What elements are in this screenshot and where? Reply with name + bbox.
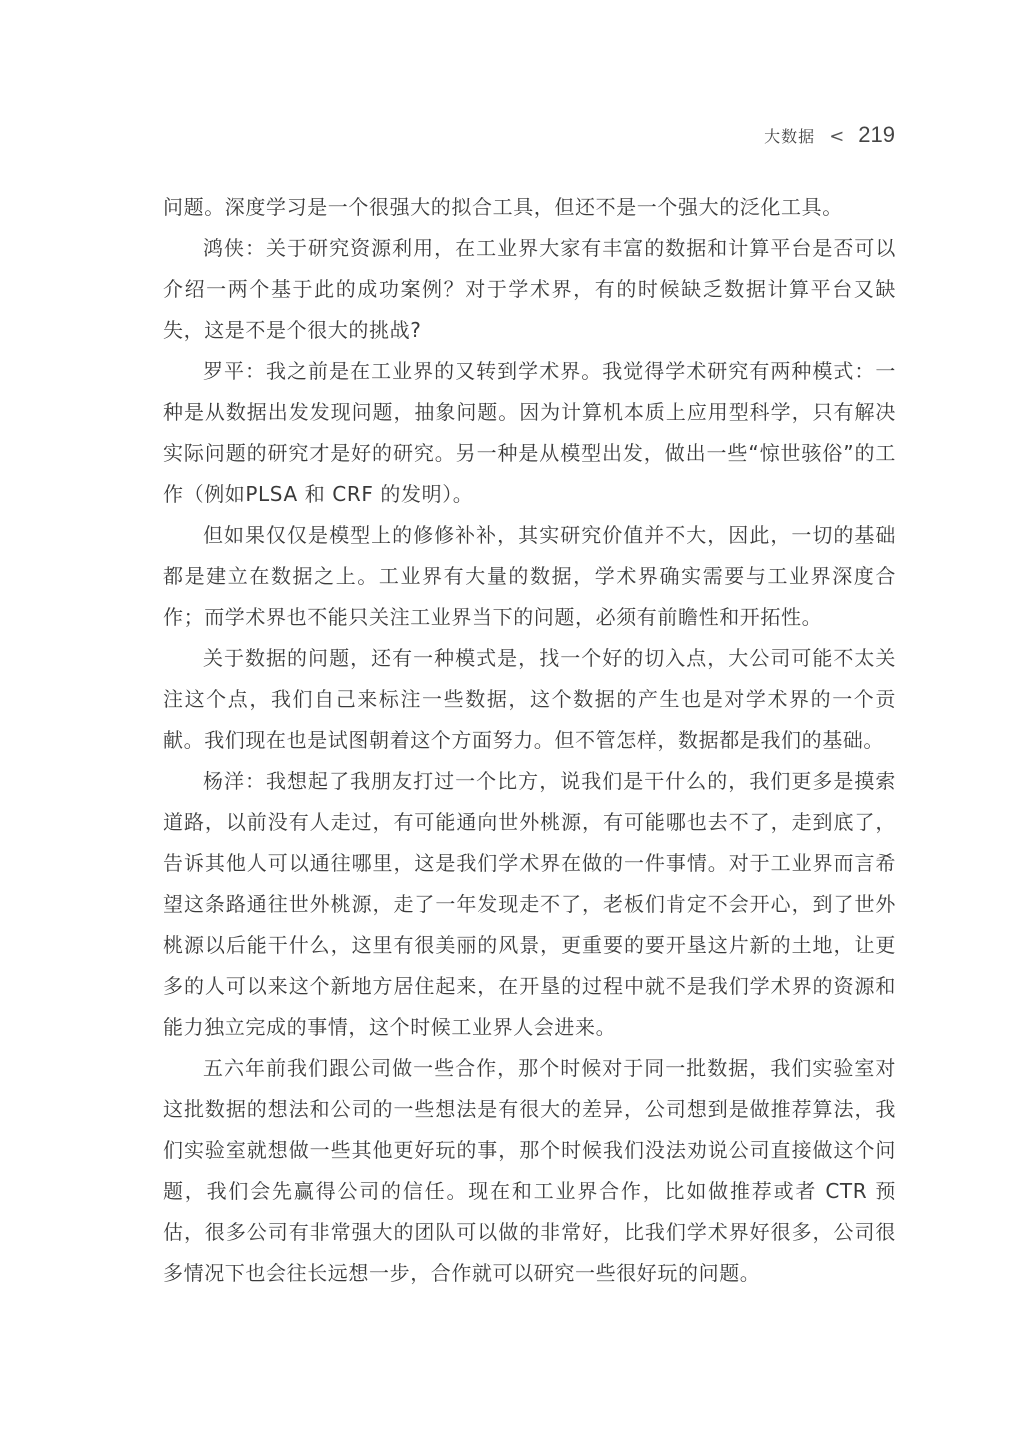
paragraph: 杨洋：我想起了我朋友打过一个比方，说我们是干什么的，我们更多是摸索道路，以前没有… <box>163 761 896 1048</box>
page-number: 219 <box>858 122 895 148</box>
paragraph: 罗平：我之前是在工业界的又转到学术界。我觉得学术研究有两种模式：一种是从数据出发… <box>163 351 896 515</box>
header-separator: < <box>829 126 844 147</box>
paragraph: 鸿侠：关于研究资源利用，在工业界大家有丰富的数据和计算平台是否可以介绍一两个基于… <box>163 228 896 351</box>
paragraph: 但如果仅仅是模型上的修修补补，其实研究价值并不大，因此，一切的基础都是建立在数据… <box>163 515 896 638</box>
running-header: 大数据 < 219 <box>764 122 895 148</box>
paragraph: 五六年前我们跟公司做一些合作，那个时候对于同一批数据，我们实验室对这批数据的想法… <box>163 1048 896 1294</box>
body-text: 问题。深度学习是一个很强大的拟合工具，但还不是一个强大的泛化工具。 鸿侠：关于研… <box>163 187 896 1294</box>
paragraph: 关于数据的问题，还有一种模式是，找一个好的切入点，大公司可能不太关注这个点，我们… <box>163 638 896 761</box>
paragraph: 问题。深度学习是一个很强大的拟合工具，但还不是一个强大的泛化工具。 <box>163 187 896 228</box>
section-title: 大数据 <box>764 124 815 147</box>
